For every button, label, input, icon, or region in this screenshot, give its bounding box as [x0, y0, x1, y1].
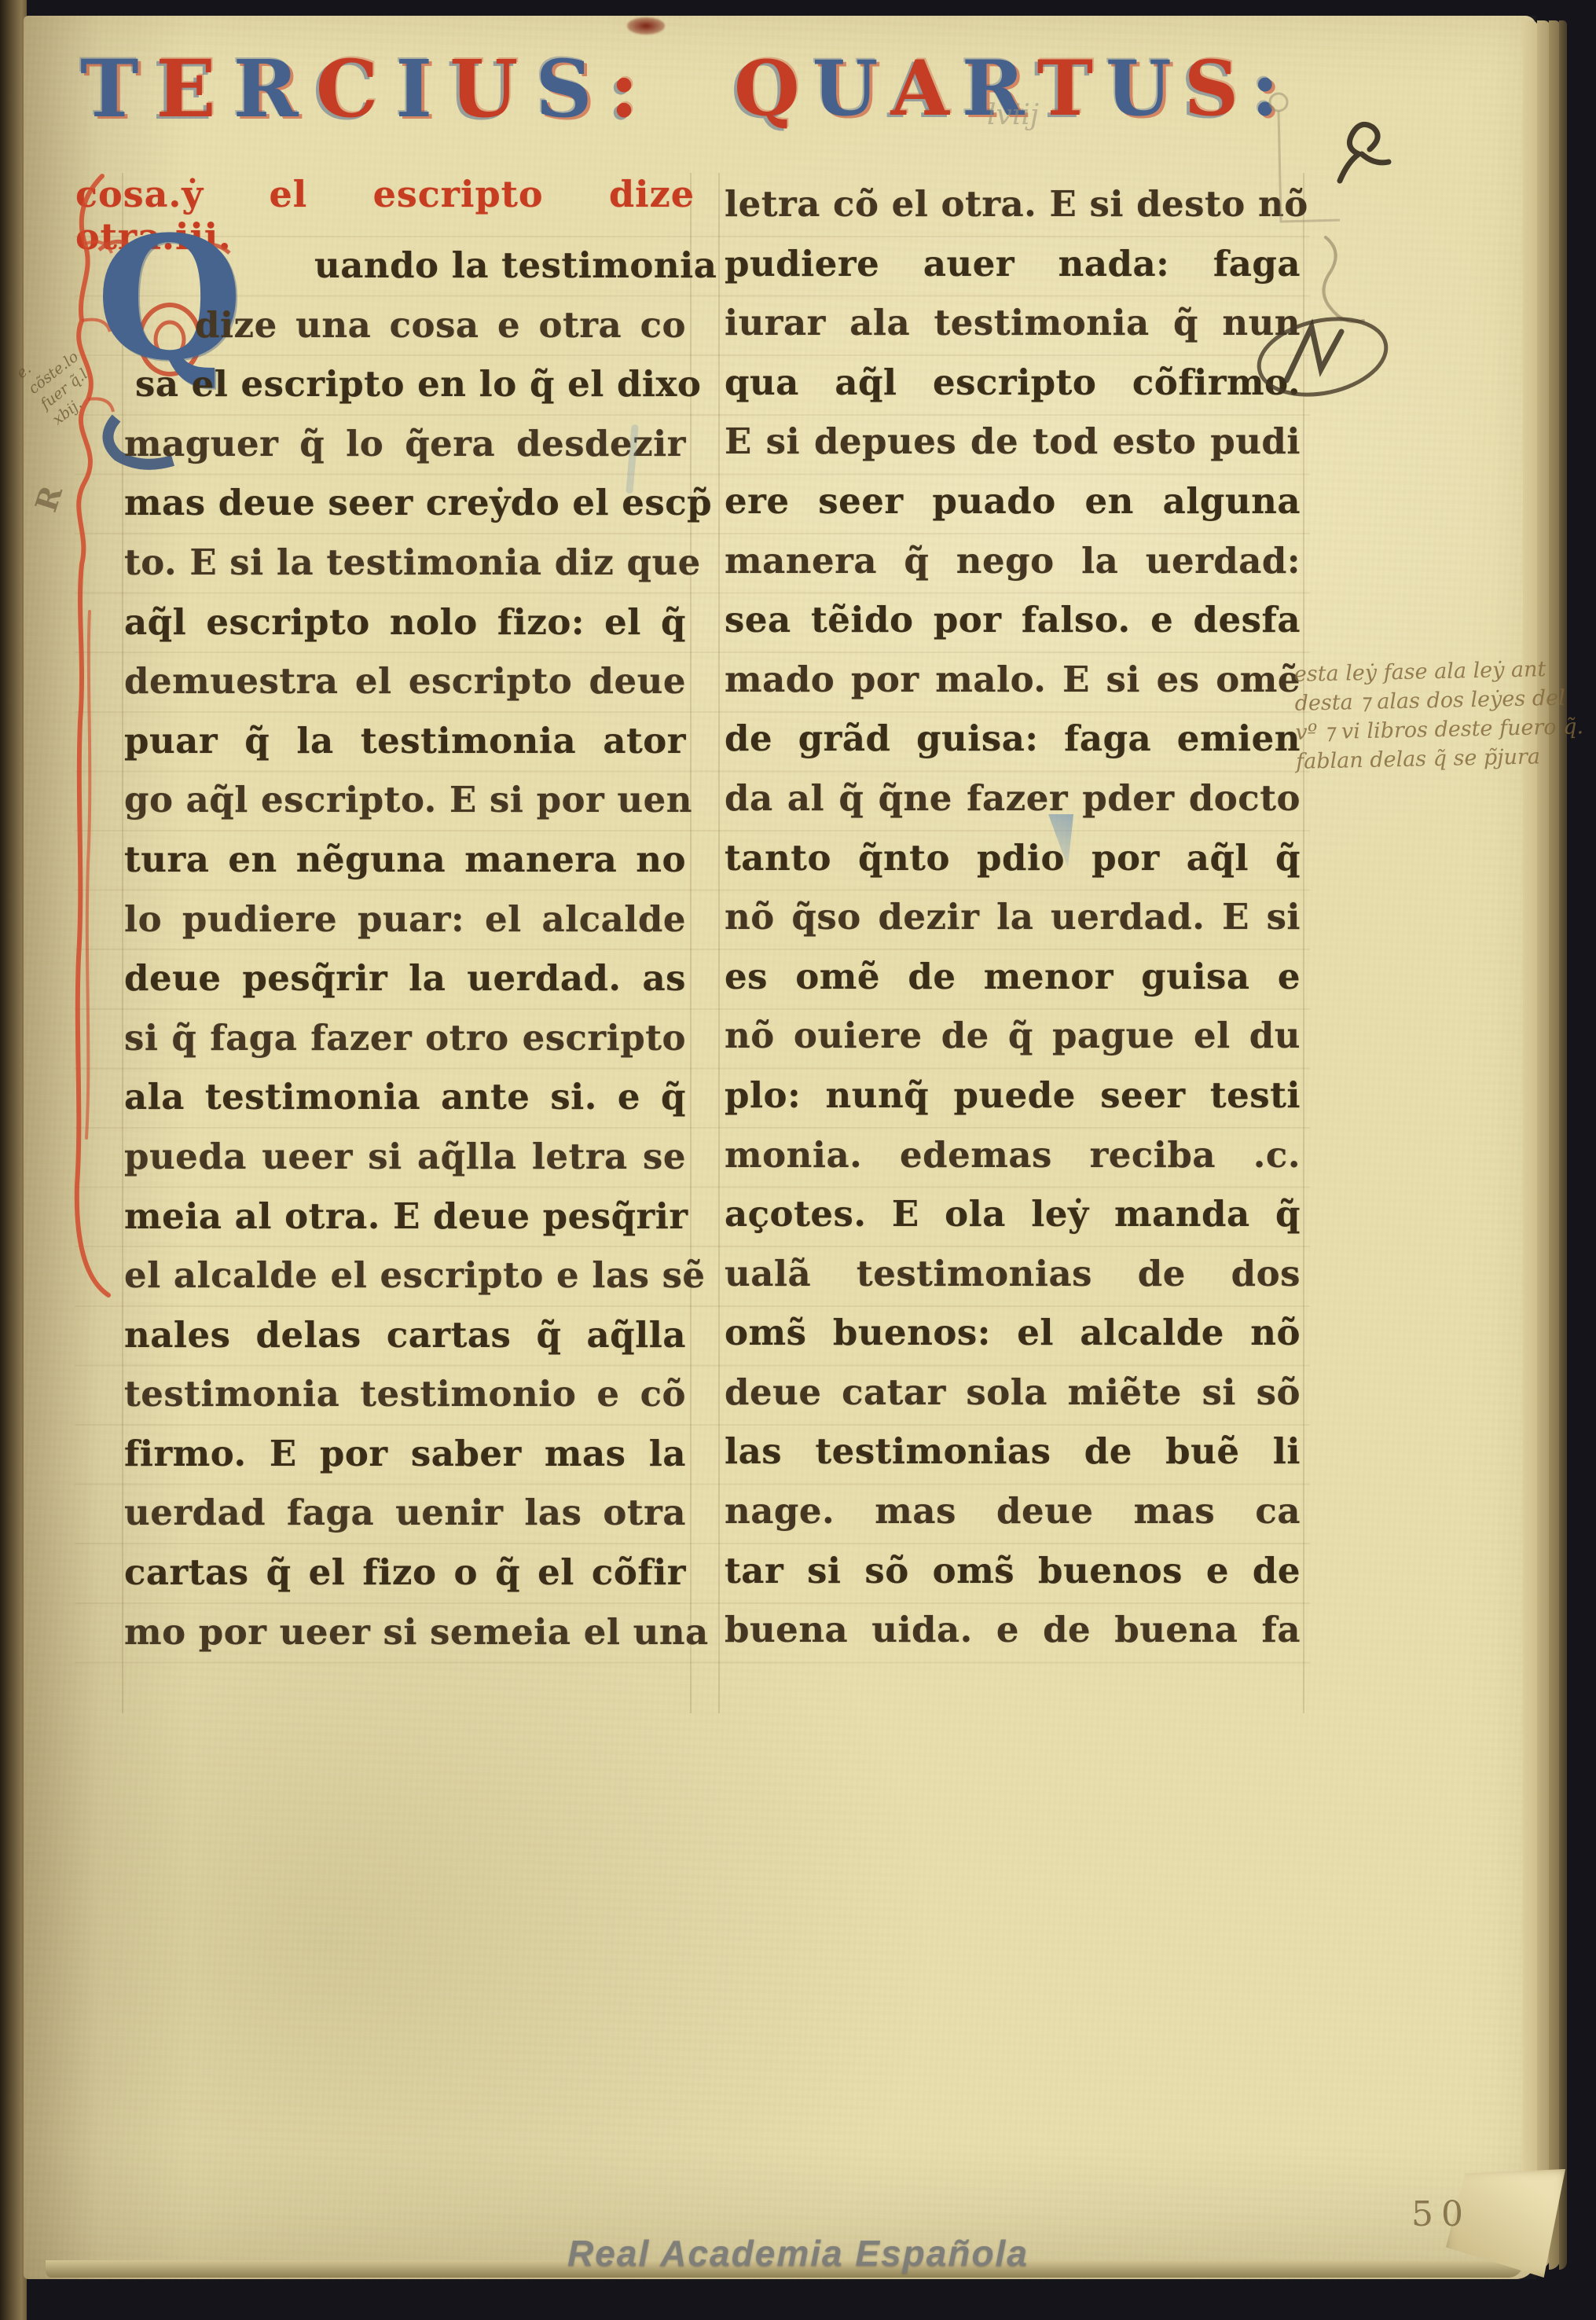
manuscript-line: qua aq̃l escripto cõfirmo.: [725, 353, 1301, 413]
manuscript-line: nõ q̃so dezir la uerdad. E si: [725, 887, 1301, 947]
header-letter: C: [316, 46, 396, 132]
manuscript-line: açotes. E ola leẏ manda q̃: [725, 1184, 1301, 1244]
manuscript-line: demuestra el escripto deue: [124, 652, 686, 711]
manuscript-line: E si depues de tod esto pudi: [725, 412, 1301, 472]
manuscript-line: maguer q̃ lo q̃era desdezir: [124, 414, 686, 474]
manuscript-line: oms̃ buenos: el alcalde nõ: [725, 1303, 1301, 1363]
manuscript-line: to. E si la testimonia diz que: [124, 533, 686, 593]
right-text-column: letra cõ el otra. E si desto nõpudiere a…: [725, 174, 1301, 1660]
manuscript-line: uando la testimonia: [124, 236, 686, 296]
header-letter: U: [813, 46, 891, 132]
header-letter: T: [80, 46, 156, 132]
manuscript-line: nales delas cartas q̃ aq̃lla: [124, 1305, 686, 1365]
manuscript-line: deue pesq̃rir la uerdad. as: [124, 949, 686, 1008]
manuscript-line: mado por malo. E si es omẽ: [725, 650, 1301, 710]
manuscript-line: uerdad faga uenir las otra: [124, 1483, 686, 1543]
marginal-gloss-right: esta leẏ fase ala leẏ antdesta ⁊ alas do…: [1293, 654, 1587, 776]
manuscript-line: testimonia testimonio e cõ: [124, 1364, 686, 1424]
manuscript-line: ere seer puado en alguna: [725, 472, 1301, 531]
header-letter: Q: [734, 46, 813, 132]
manuscript-line: manera q̃ nego la uerdad:: [725, 531, 1301, 591]
header-letter: S: [1184, 46, 1251, 132]
manuscript-line: firmo. E por saber mas la: [124, 1424, 686, 1484]
header-letter: T: [1037, 46, 1106, 132]
manuscript-line: mas deue seer creẏdo el escp̃: [124, 473, 686, 533]
quire-mark: lviij: [987, 99, 1039, 131]
manuscript-line: pudiere auer nada: faga: [725, 234, 1301, 294]
library-watermark: Real Academia Española: [0, 2232, 1596, 2274]
manuscript-line: meia al otra. E deue pesq̃rir: [124, 1187, 686, 1246]
header-letter: S: [535, 46, 609, 132]
manuscript-line: nõ ouiere de q̃ pague el du: [725, 1006, 1301, 1066]
manuscript-line: sea tẽido por falso. e desfa: [725, 590, 1301, 650]
header-letter: U: [1106, 46, 1184, 132]
folio-number: 50: [1411, 2194, 1471, 2234]
red-ink-blotch: [627, 17, 665, 35]
ruling-vertical: [718, 173, 720, 1713]
manuscript-line: iurar ala testimonia q̃ nun: [725, 293, 1301, 353]
manuscript-line: go aq̃l escripto. E si por uen: [124, 770, 686, 830]
page-block-edge: [1523, 20, 1539, 2270]
pen-trials-marks: [1253, 72, 1434, 410]
manuscript-line: pueda ueer si aq̃lla letra se: [124, 1127, 686, 1187]
manuscript-line: las testimonias de buẽ li: [725, 1422, 1301, 1481]
left-text-column: uando la testimoniadize una cosa e otra …: [124, 236, 686, 1661]
manuscript-line: ala testimonia ante si. e q̃: [124, 1067, 686, 1127]
manuscript-line: aq̃l escripto nolo fizo: el q̃: [124, 593, 686, 652]
manuscript-line: plo: nunq̃ puede seer testi: [725, 1066, 1301, 1125]
manuscript-line: si q̃ faga fazer otro escripto: [124, 1008, 686, 1068]
manuscript-line: es omẽ de menor guisa e: [725, 947, 1301, 1007]
header-letter: E: [156, 46, 233, 132]
manuscript-line: tar si sõ oms̃ buenos e de: [725, 1541, 1301, 1601]
manuscript-line: tanto q̃nto pdio por aq̃l q̃: [725, 828, 1301, 888]
manuscript-line: puar q̃ la testimonia ator: [124, 711, 686, 771]
manuscript-line: tura en nẽguna manera no: [124, 830, 686, 890]
page-block-edge: [1559, 20, 1567, 2270]
manuscript-line: nage. mas deue mas ca: [725, 1481, 1301, 1541]
book-binding-edge: [0, 0, 27, 2320]
manuscript-line: monia. edemas reciba .c.: [725, 1125, 1301, 1185]
manuscript-line: ualã testimonias de dos: [725, 1244, 1301, 1304]
manuscript-line: dize una cosa e otra co: [124, 296, 686, 355]
gloss-line: vº ⁊ vi libros deste fuero q̃.: [1295, 712, 1587, 747]
header-letter: R: [233, 46, 316, 132]
manuscript-line: lo pudiere puar: el alcalde: [124, 890, 686, 949]
header-letter: I: [395, 46, 449, 132]
manuscript-line: buena uida. e de buena fa: [725, 1600, 1301, 1660]
column-header-tercius: TERCIUS:: [80, 38, 682, 140]
manuscript-photo: TERCIUS: QUARTUS: lviij cosa.ẏ el escrip…: [0, 0, 1596, 2320]
manuscript-line: cartas q̃ el fizo o q̃ el cõfir: [124, 1543, 686, 1602]
header-letter: :: [610, 46, 656, 132]
manuscript-line: de grãd guisa: faga emien: [725, 709, 1301, 769]
manuscript-line: el alcalde el escripto e las sẽ: [124, 1246, 686, 1305]
header-letter: U: [449, 46, 535, 132]
gloss-line: fablan delas q̃ se p̃jura: [1296, 741, 1587, 776]
manuscript-line: sa el escripto en lo q̃ el dixo: [124, 354, 686, 414]
manuscript-line: mo por ueer si semeia el una: [124, 1602, 686, 1662]
manuscript-line: letra cõ el otra. E si desto nõ: [725, 174, 1301, 234]
manuscript-line: deue catar sola miẽte si sõ: [725, 1363, 1301, 1422]
header-letter: A: [890, 46, 961, 132]
manuscript-line: da al q̃ q̃ne fazer pder docto: [725, 769, 1301, 828]
